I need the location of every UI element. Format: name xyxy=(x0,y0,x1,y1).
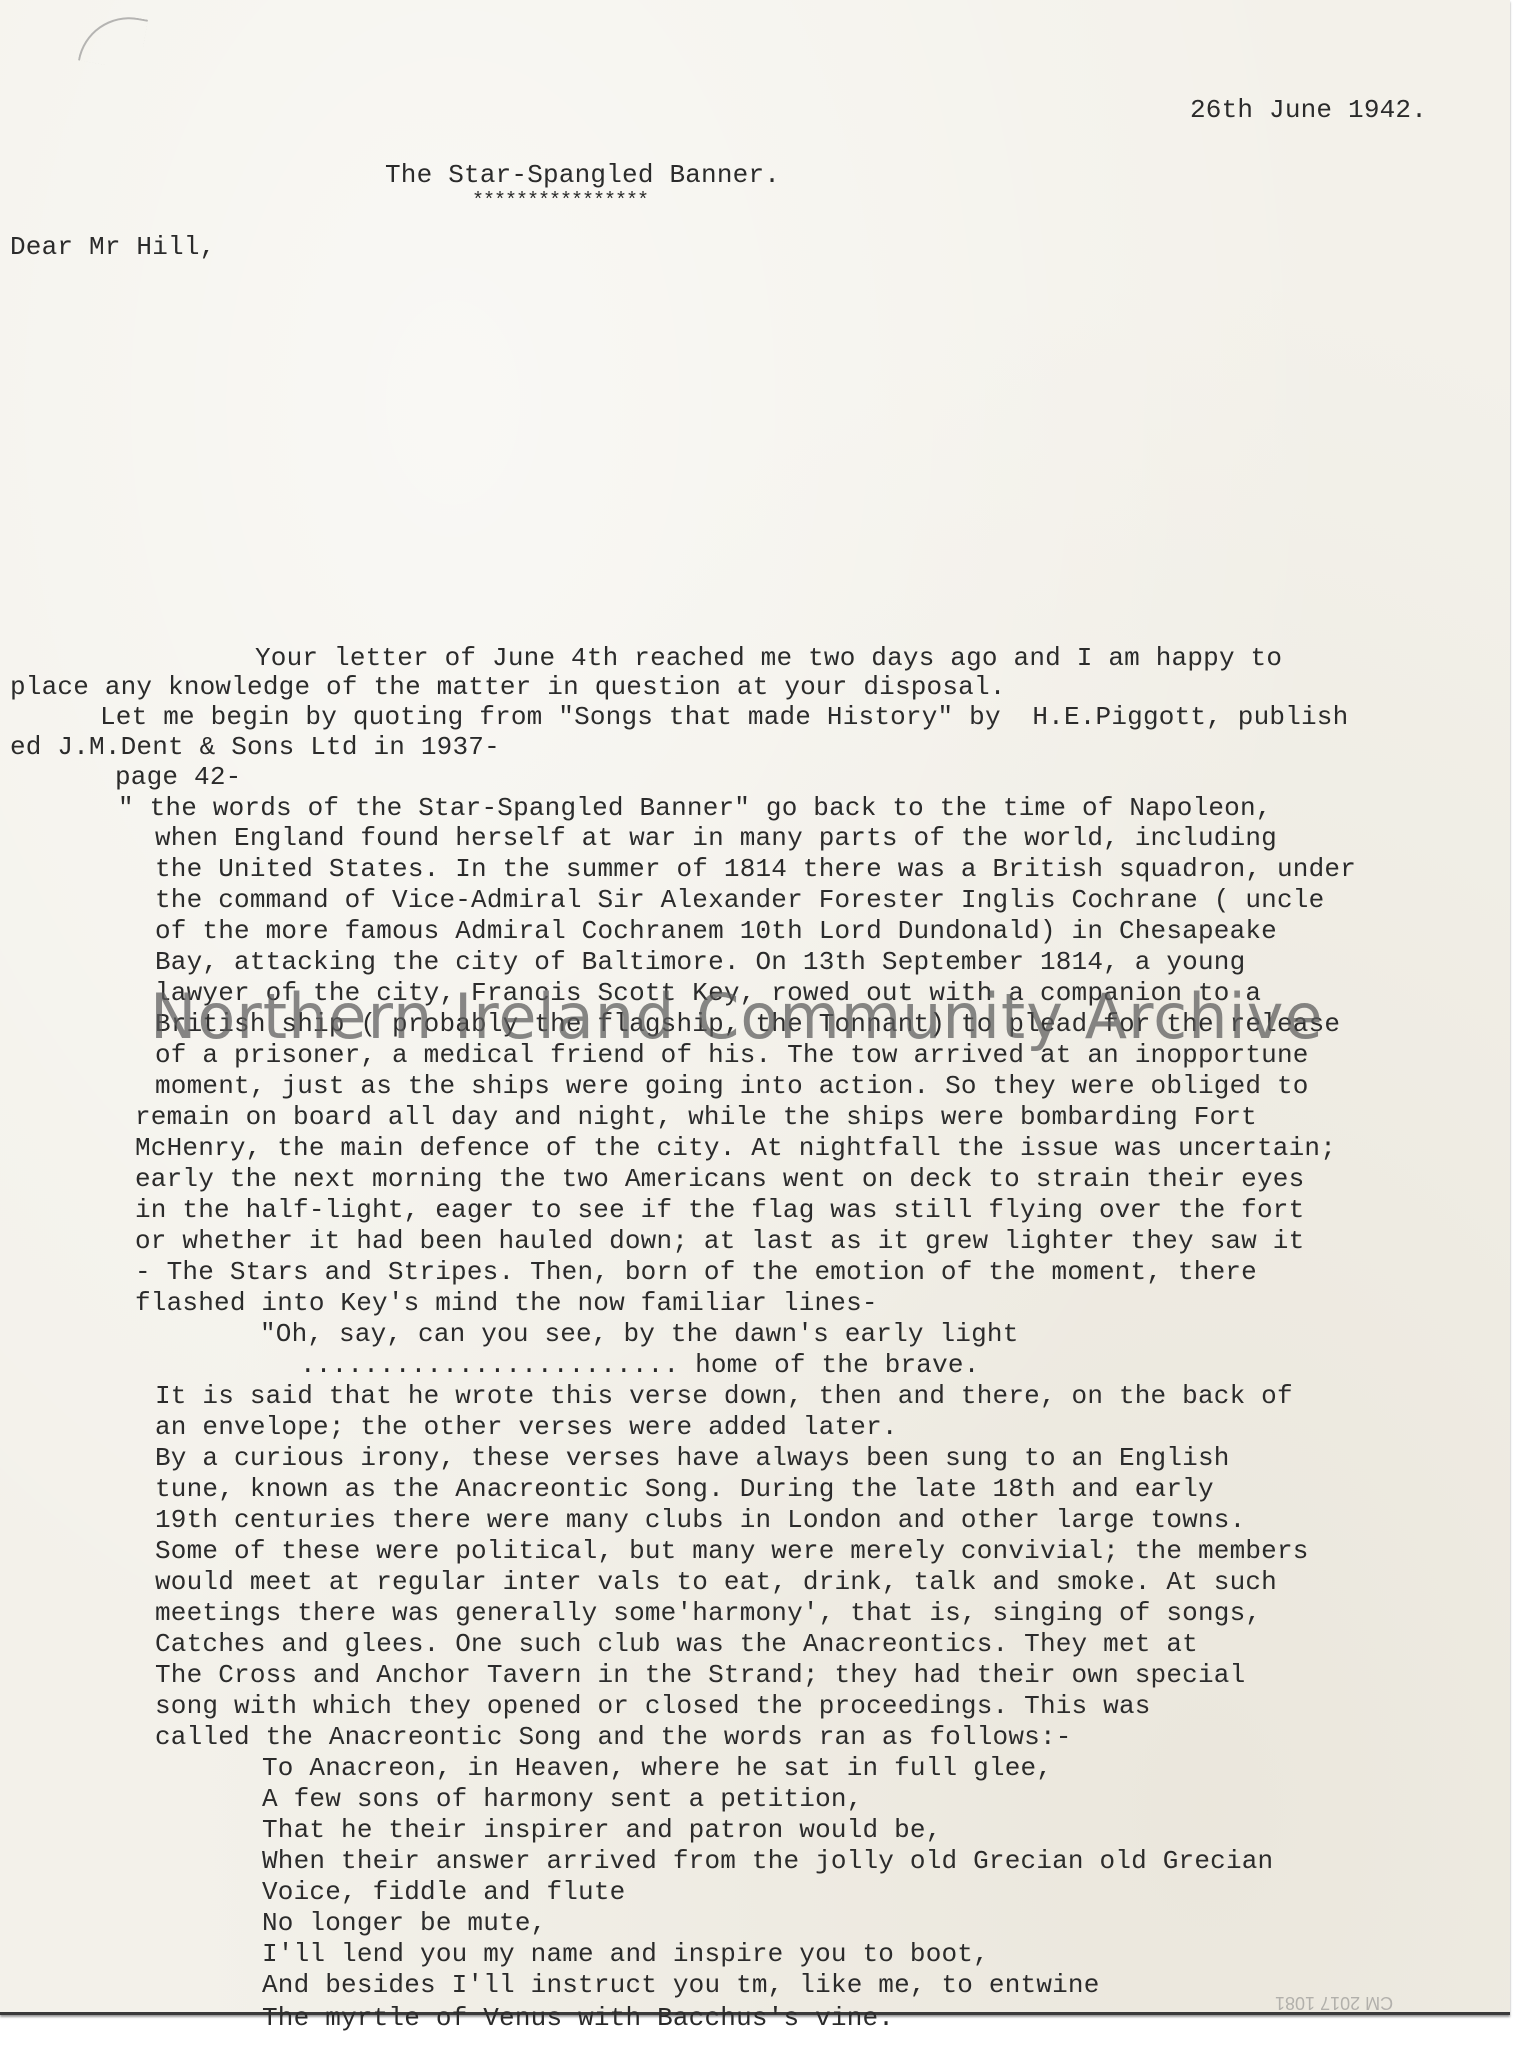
body-line: tune, known as the Anacreontic Song. Dur… xyxy=(155,1474,1214,1504)
body-line: flashed into Key's mind the now familiar… xyxy=(135,1288,878,1318)
body-line: Bay, attacking the city of Baltimore. On… xyxy=(155,947,1245,977)
catalog-number: CM 2017 1081 xyxy=(1275,1992,1393,2013)
body-line: The Cross and Anchor Tavern in the Stran… xyxy=(155,1660,1245,1690)
body-line: Some of these were political, but many w… xyxy=(155,1536,1309,1566)
body-line: called the Anacreontic Song and the word… xyxy=(155,1722,1072,1752)
body-line: early the next morning the two Americans… xyxy=(135,1164,1304,1194)
body-line: " the words of the Star-Spangled Banner"… xyxy=(118,793,1272,823)
body-line: When their answer arrived from the jolly… xyxy=(262,1846,1273,1876)
body-line: I'll lend you my name and inspire you to… xyxy=(262,1939,989,1969)
letter-title: The Star-Spangled Banner. xyxy=(385,160,780,190)
body-line: McHenry, the main defence of the city. A… xyxy=(135,1133,1336,1163)
body-line: meetings there was generally some'harmon… xyxy=(155,1598,1261,1628)
body-line: By a curious irony, these verses have al… xyxy=(155,1443,1230,1473)
body-line: the United States. In the summer of 1814… xyxy=(155,854,1356,884)
body-line: remain on board all day and night, while… xyxy=(135,1102,1257,1132)
body-line: - The Stars and Stripes. Then, born of t… xyxy=(135,1257,1257,1287)
letter-date: 26th June 1942. xyxy=(1190,95,1427,125)
title-underline: **************** xyxy=(472,190,648,213)
body-line: 19th centuries there were many clubs in … xyxy=(155,1505,1245,1535)
body-line: A few sons of harmony sent a petition, xyxy=(262,1784,863,1814)
body-line: or whether it had been hauled down; at l… xyxy=(135,1226,1304,1256)
body-line: "Oh, say, can you see, by the dawn's ear… xyxy=(260,1319,1019,1349)
body-line: Your letter of June 4th reached me two d… xyxy=(255,643,1282,673)
body-line: ........................ home of the bra… xyxy=(300,1350,980,1380)
scanned-letter-page: 26th June 1942. The Star-Spangled Banner… xyxy=(0,0,1510,2015)
body-line: Let me begin by quoting from "Songs that… xyxy=(100,702,1348,732)
body-line: moment, just as the ships were going int… xyxy=(155,1071,1309,1101)
body-line: when England found herself at war in man… xyxy=(155,823,1277,853)
body-line: song with which they opened or closed th… xyxy=(155,1691,1151,1721)
body-line: No longer be mute, xyxy=(262,1908,546,1938)
body-line: an envelope; the other verses were added… xyxy=(155,1412,898,1442)
body-line: of the more famous Admiral Cochranem 10t… xyxy=(155,916,1277,946)
body-line: Voice, fiddle and flute xyxy=(262,1877,625,1907)
archive-watermark: Northern Ireland Community Archive xyxy=(150,980,1324,1053)
body-line: The myrtle of Venus with Bacchus's vine. xyxy=(262,2003,894,2033)
body-line: in the half-light, eager to see if the f… xyxy=(135,1195,1304,1225)
body-line: ed J.M.Dent & Sons Ltd in 1937- xyxy=(10,732,500,762)
pencil-mark xyxy=(78,9,148,71)
body-line: To Anacreon, in Heaven, where he sat in … xyxy=(262,1753,1052,1783)
body-line: would meet at regular inter vals to eat,… xyxy=(155,1567,1277,1597)
body-line: And besides I'll instruct you tm, like m… xyxy=(262,1970,1100,2000)
body-line: Catches and glees. One such club was the… xyxy=(155,1629,1198,1659)
body-line: place any knowledge of the matter in que… xyxy=(10,672,1006,702)
body-line: It is said that he wrote this verse down… xyxy=(155,1381,1293,1411)
body-line: the command of Vice-Admiral Sir Alexande… xyxy=(155,885,1324,915)
salutation: Dear Mr Hill, xyxy=(10,232,215,262)
body-line: That he their inspirer and patron would … xyxy=(262,1815,942,1845)
body-line: page 42- xyxy=(115,762,241,792)
